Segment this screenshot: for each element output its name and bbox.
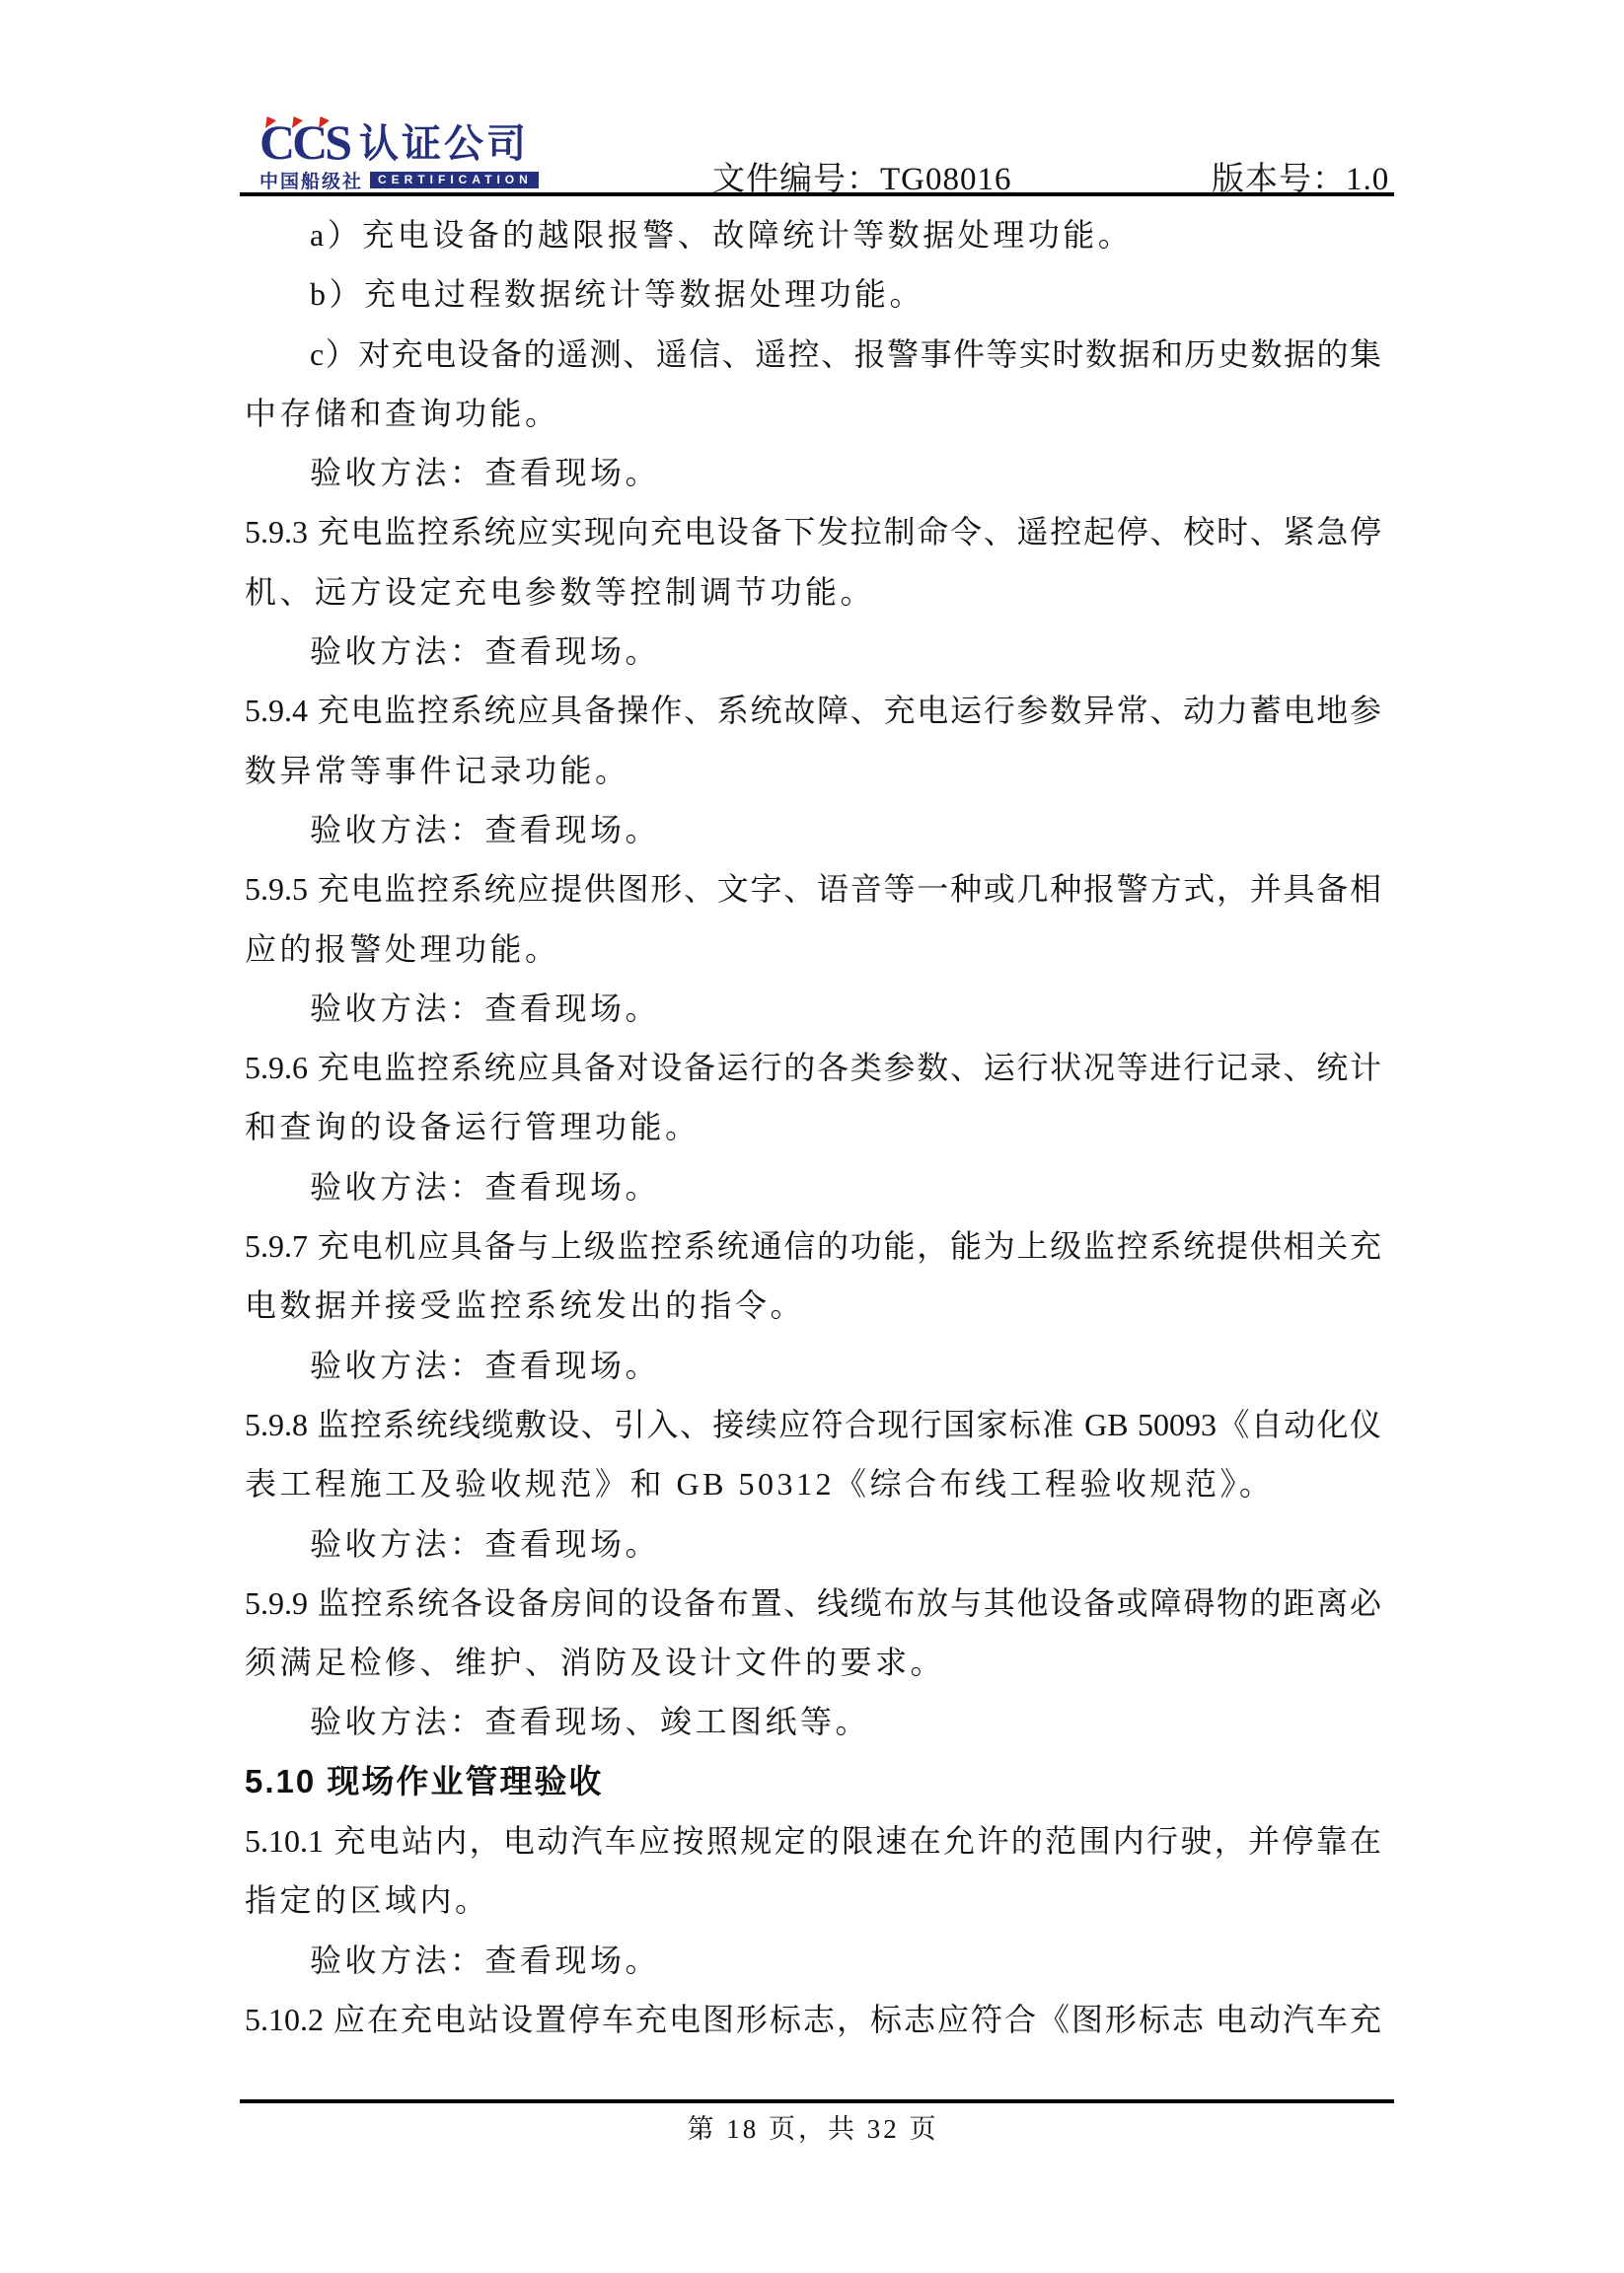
paragraph-line: 须满足检修、维护、消防及设计文件的要求。 — [245, 1633, 1381, 1692]
document-page: CCS 认证公司 中国船级社 CERTIFICATION 文件编号：TG0801… — [0, 0, 1624, 2273]
paragraph-line: 5.9.6 充电监控系统应具备对设备运行的各类参数、运行状况等进行记录、统计 — [245, 1038, 1381, 1097]
paragraph-line: 5.9.7 充电机应具备与上级监控系统通信的功能，能为上级监控系统提供相关充 — [245, 1216, 1381, 1276]
ccs-logo: CCS 认证公司 中国船级社 CERTIFICATION — [259, 120, 539, 193]
paragraph-line: 机、远方设定充电参数等控制调节功能。 — [245, 562, 1381, 622]
footer-rule — [240, 2099, 1394, 2103]
ccs-logo-bottom-row: 中国船级社 CERTIFICATION — [259, 167, 539, 193]
paragraph-line: 5.9.5 充电监控系统应提供图形、文字、语音等一种或几种报警方式，并具备相 — [245, 859, 1381, 918]
document-body: a）充电设备的越限报警、故障统计等数据处理功能。 b）充电过程数据统计等数据处理… — [245, 205, 1381, 2049]
header-rule — [240, 192, 1394, 196]
paragraph-line: 验收方法：查看现场。 — [245, 979, 1381, 1038]
paragraph-line: 中存储和查询功能。 — [245, 384, 1381, 443]
page-number: 第 18 页，共 32 页 — [245, 2107, 1381, 2146]
paragraph-line: 验收方法：查看现场。 — [245, 800, 1381, 859]
paragraph-line: 验收方法：查看现场。 — [245, 622, 1381, 681]
paragraph-line: a）充电设备的越限报警、故障统计等数据处理功能。 — [245, 205, 1381, 264]
paragraph-line: 验收方法：查看现场。 — [245, 1157, 1381, 1216]
ccs-logo-letters: CCS — [259, 120, 349, 164]
paragraph-line: 5.9.3 充电监控系统应实现向充电设备下发拉制命令、遥控起停、校时、紧急停 — [245, 502, 1381, 561]
paragraph-line: 验收方法：查看现场。 — [245, 1336, 1381, 1395]
paragraph-line: 和查询的设备运行管理功能。 — [245, 1097, 1381, 1156]
logo-company-name: 认证公司 — [359, 124, 529, 164]
ccs-logo-top-row: CCS 认证公司 — [259, 120, 539, 164]
paragraph-line: 5.9.4 充电监控系统应具备操作、系统故障、充电运行参数异常、动力蓄电地参 — [245, 681, 1381, 740]
paragraph-line: 验收方法：查看现场。 — [245, 443, 1381, 502]
logo-subtitle: 中国船级社 — [259, 167, 363, 193]
paragraph-line: 应的报警处理功能。 — [245, 919, 1381, 979]
logo-certification-badge: CERTIFICATION — [370, 172, 539, 188]
paragraph-line: 数异常等事件记录功能。 — [245, 741, 1381, 800]
paragraph-line: 5.10.1 充电站内，电动汽车应按照规定的限速在允许的范围内行驶，并停靠在 — [245, 1811, 1381, 1870]
paragraph-line: 验收方法：查看现场。 — [245, 1931, 1381, 1990]
paragraph-line: 指定的区域内。 — [245, 1870, 1381, 1930]
paragraph-line: 5.9.8 监控系统线缆敷设、引入、接续应符合现行国家标准 GB 50093《自… — [245, 1395, 1381, 1454]
paragraph-line: 表工程施工及验收规范》和 GB 50312《综合布线工程验收规范》。 — [245, 1454, 1381, 1513]
paragraph-line: b）充电过程数据统计等数据处理功能。 — [245, 264, 1381, 324]
paragraph-line: 验收方法：查看现场。 — [245, 1514, 1381, 1574]
section-heading: 5.10 现场作业管理验收 — [245, 1752, 1381, 1811]
paragraph-line: 5.9.9 监控系统各设备房间的设备布置、线缆布放与其他设备或障碍物的距离必 — [245, 1574, 1381, 1633]
paragraph-line: 验收方法：查看现场、竣工图纸等。 — [245, 1692, 1381, 1751]
paragraph-line: 电数据并接受监控系统发出的指令。 — [245, 1276, 1381, 1335]
paragraph-line: 5.10.2 应在充电站设置停车充电图形标志，标志应符合《图形标志 电动汽车充 — [245, 1990, 1381, 2049]
paragraph-line: c）对充电设备的遥测、遥信、遥控、报警事件等实时数据和历史数据的集 — [245, 325, 1381, 384]
